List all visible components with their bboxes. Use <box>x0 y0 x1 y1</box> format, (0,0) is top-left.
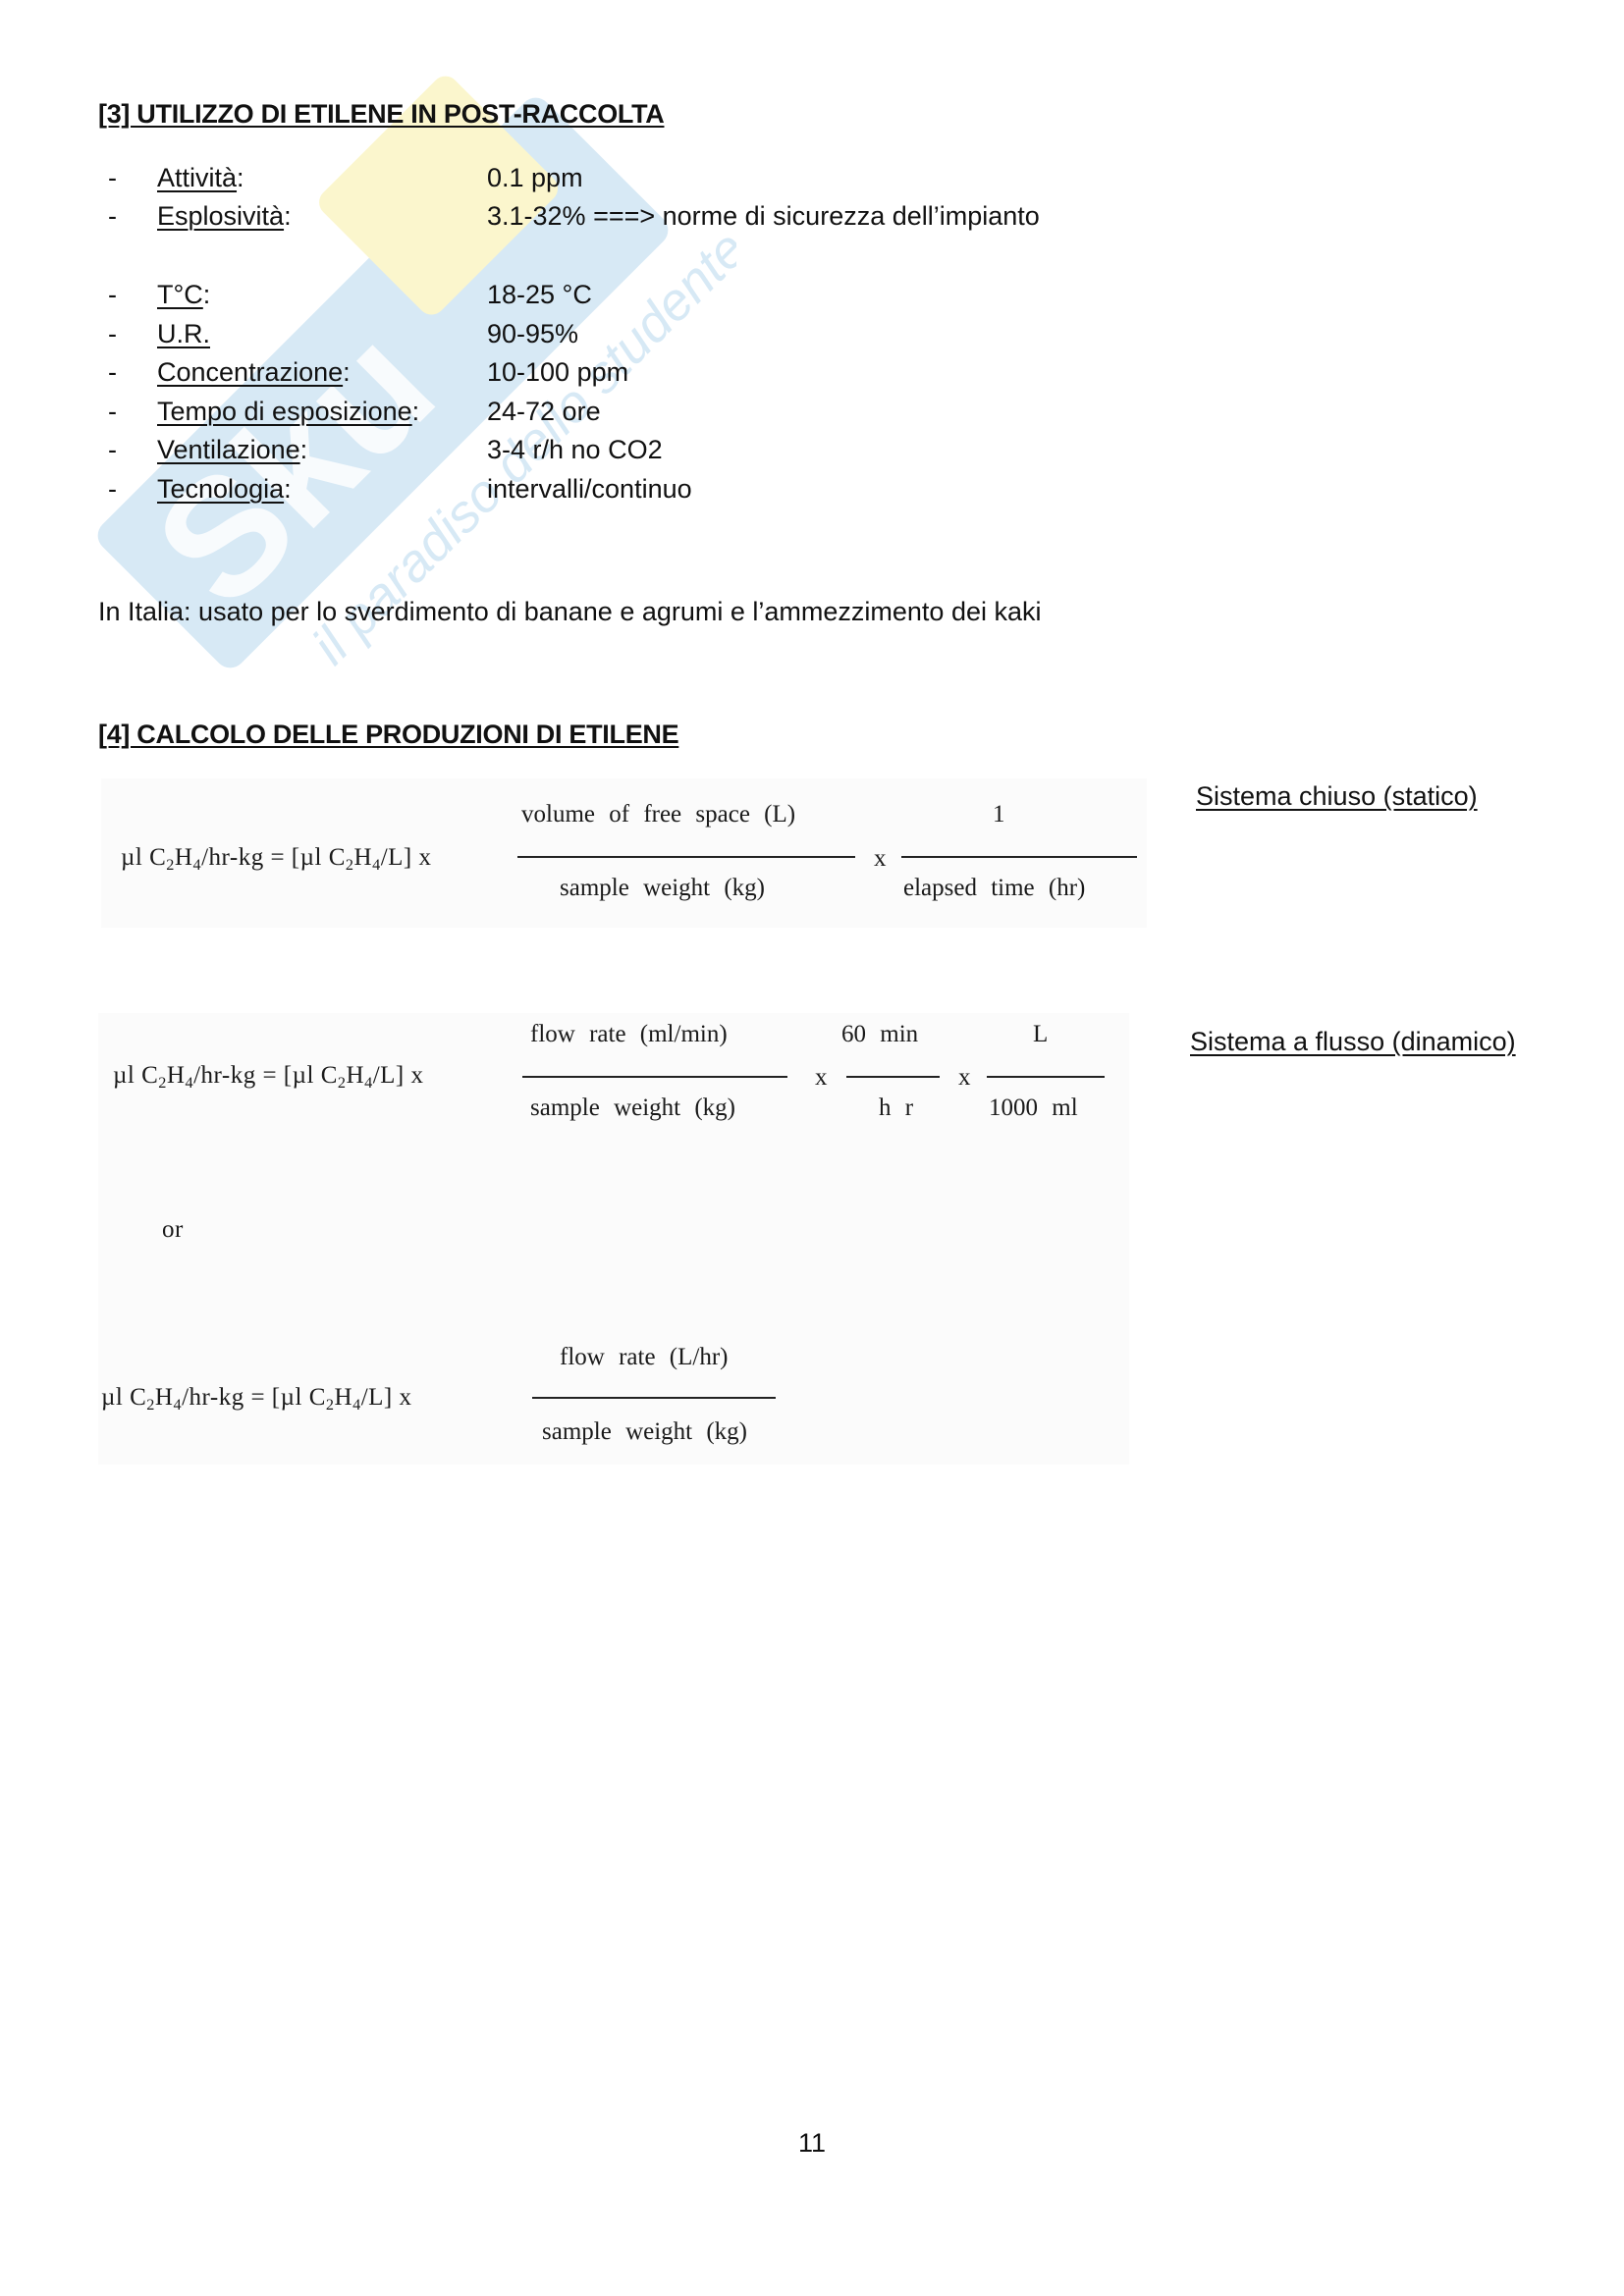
fraction-numerator: flow rate (L/hr) <box>560 1344 728 1371</box>
list-bullet: - <box>108 280 117 310</box>
section-4-heading: [4] CALCOLO DELLE PRODUZIONI DI ETILENE <box>98 720 678 750</box>
multiply-sign: x <box>958 1064 971 1092</box>
list-item-label: Ventilazione: <box>157 435 307 465</box>
list-item-value: 0.1 ppm <box>487 163 583 193</box>
list-item-value: 3-4 r/h no CO2 <box>487 435 663 465</box>
fraction-denominator: sample weight (kg) <box>542 1418 747 1446</box>
list-item-label: T°C: <box>157 280 210 310</box>
list-item-value: 24-72 ore <box>487 397 601 427</box>
list-item-value: intervalli/continuo <box>487 474 692 505</box>
fraction-bar <box>532 1397 776 1399</box>
fraction-bar <box>846 1076 940 1078</box>
list-bullet: - <box>108 319 117 349</box>
list-item-label: Tecnologia: <box>157 474 292 505</box>
formula-static-figure: µl C2H4/hr-kg = [µl C2H4/L] x volume of … <box>101 778 1147 928</box>
fraction-bar <box>901 856 1137 858</box>
list-bullet: - <box>108 474 117 505</box>
fraction-bar <box>522 1076 787 1078</box>
multiply-sign: x <box>815 1064 828 1092</box>
list-bullet: - <box>108 163 117 193</box>
fraction-numerator: 60 min <box>841 1021 918 1048</box>
list-item-label: Attività: <box>157 163 244 193</box>
list-bullet: - <box>108 397 117 427</box>
formula-lhs: µl C2H4/hr-kg = [µl C2H4/L] x <box>113 1062 424 1090</box>
list-item-label: Esplosività: <box>157 201 292 232</box>
fraction-numerator: volume of free space (L) <box>521 801 795 828</box>
label-closed-system: Sistema chiuso (statico) <box>1196 781 1478 812</box>
fraction-denominator: elapsed time (hr) <box>903 875 1085 902</box>
list-item-value: 10-100 ppm <box>487 357 628 388</box>
page-number: 11 <box>798 2128 826 2159</box>
fraction-numerator: 1 <box>993 801 1005 828</box>
list-item-value: 3.1-32% ===> norme di sicurezza dell’imp… <box>487 201 1040 232</box>
list-bullet: - <box>108 435 117 465</box>
fraction-bar <box>517 856 855 858</box>
list-item-value: 90-95% <box>487 319 578 349</box>
fraction-bar <box>987 1076 1105 1078</box>
fraction-denominator: sample weight (kg) <box>560 875 765 902</box>
list-bullet: - <box>108 357 117 388</box>
formula-dynamic-figure: µl C2H4/hr-kg = [µl C2H4/L] x flow rate … <box>98 1013 1129 1465</box>
list-item-label: Tempo di esposizione: <box>157 397 419 427</box>
multiply-sign: x <box>874 845 887 873</box>
fraction-numerator: L <box>1033 1021 1048 1048</box>
fraction-denominator: h r <box>879 1095 913 1122</box>
italy-usage-note: In Italia: usato per lo sverdimento di b… <box>98 597 1042 627</box>
or-label: or <box>162 1216 184 1244</box>
fraction-denominator: sample weight (kg) <box>530 1095 735 1122</box>
formula-lhs: µl C2H4/hr-kg = [µl C2H4/L] x <box>101 1384 412 1412</box>
fraction-denominator: 1000 ml <box>989 1095 1078 1122</box>
list-item-value: 18-25 °C <box>487 280 592 310</box>
fraction-numerator: flow rate (ml/min) <box>530 1021 728 1048</box>
label-flow-system: Sistema a flusso (dinamico) <box>1190 1027 1516 1057</box>
list-item-label: U.R. <box>157 319 210 349</box>
list-item-label: Concentrazione: <box>157 357 351 388</box>
formula-lhs: µl C2H4/hr-kg = [µl C2H4/L] x <box>121 844 432 872</box>
section-3-heading: [3] UTILIZZO DI ETILENE IN POST-RACCOLTA <box>98 99 664 130</box>
list-bullet: - <box>108 201 117 232</box>
